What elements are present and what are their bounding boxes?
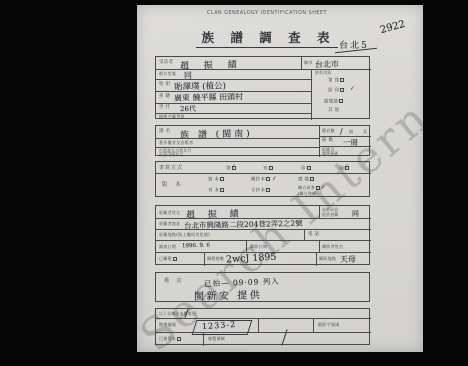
field-value-handwritten: 廣東 饒平縣 田頭村: [174, 91, 243, 103]
checkbox-icon: [340, 78, 344, 82]
option-label: 已攝製: [159, 256, 172, 261]
checkbox-icon: [340, 88, 344, 92]
sidebox-title: 資料用紙: [315, 71, 331, 75]
divider: [156, 240, 371, 241]
option-label: 印: [301, 166, 306, 171]
option-label: 抄: [339, 166, 344, 171]
checkbox-icon: [266, 177, 270, 181]
field-label: 收藏地點(與上欄同者免填): [159, 233, 210, 237]
divider: [258, 318, 259, 332]
handwritten-serial-number: 2922: [379, 19, 406, 36]
checkbox-icon: [310, 177, 314, 181]
field-label: 書寫方式: [159, 166, 183, 172]
field-label: 微捲號碼: [322, 152, 338, 156]
field-value-handwritten: 一冊: [343, 136, 358, 147]
field-label: 收藏者地址: [159, 222, 181, 226]
checkbox-option: 印: [301, 166, 311, 172]
field-label: 頁: [363, 130, 367, 134]
check-mark: ✓: [231, 163, 237, 171]
field-label: 攝影日期: [250, 245, 267, 249]
field-value-handwritten: 2wcJ 1895: [226, 252, 277, 266]
checkbox-option: 刊: [263, 166, 273, 172]
check-mark: ✓: [321, 183, 327, 191]
checkbox-option: 已複製本: [159, 337, 181, 341]
option-label: 其 他: [328, 108, 339, 113]
checkbox-option: 微 捲: [298, 177, 314, 183]
field-label: 提供拍攝: [322, 213, 338, 217]
divider: [319, 206, 320, 218]
checkbox-option: 其 他: [328, 109, 339, 114]
form-title: 族 譜 調 查 表: [192, 27, 342, 46]
field-label: 冊: [349, 130, 353, 134]
option-label: 微 捲: [298, 178, 309, 183]
option-label: 刊: [263, 166, 268, 171]
field-label: 冊 數: [322, 139, 333, 144]
field-label: 攝製捲數: [207, 257, 224, 261]
divider: [156, 332, 371, 333]
divider: [301, 57, 302, 69]
checkbox-option: 已攝製: [159, 257, 177, 261]
field-value-handwritten: /: [340, 126, 343, 135]
table-block-holder: 收藏者姓名 趙 振 績 是否同意 提供拍攝 同 收藏者地址 台北市興隆路二段20…: [155, 205, 370, 265]
field-label: 受訪者: [159, 61, 173, 66]
field-label: 再版印刷年月: [159, 153, 184, 157]
table-block-identity: 受訪者 趙 振 績 縣市 台北市 郡名堂號 同 始 祖 貽澤璞 (植公) 祖 籍…: [155, 56, 370, 119]
option-label: 已複製本: [159, 336, 176, 341]
divider: [304, 229, 305, 240]
checkbox-option: 攝自原書: [298, 186, 320, 190]
field-label: 縣市: [304, 61, 313, 65]
field-value-handwritten: 天母: [340, 253, 356, 264]
field-label: 以下各欄由本館填寫: [159, 312, 196, 316]
paper-page: Search International CLAN GENEALOGY IDEN…: [137, 5, 423, 352]
field-label: 始 祖: [159, 83, 170, 88]
checkbox-icon: [266, 188, 270, 192]
checkbox-icon: [173, 257, 177, 261]
checkbox-icon: [307, 166, 311, 170]
option-label: 攝自原書: [298, 185, 315, 190]
divider: [204, 252, 205, 266]
field-label: (攝自微捲): [298, 192, 318, 196]
field-label: 郡名堂號: [159, 72, 176, 76]
checkbox-icon: [220, 177, 224, 181]
field-label: 攝影地點: [319, 257, 336, 261]
divider: [313, 318, 314, 332]
checkbox-option: 縮微捲: [324, 99, 343, 105]
option-label: 寫 本: [208, 178, 219, 183]
field-label: 標準字輩世派: [159, 115, 185, 119]
field-value-handwritten: 26代: [180, 103, 196, 113]
field-value-handwritten: 台北市: [315, 58, 339, 70]
field-label: 電 話: [308, 233, 319, 238]
checkbox-option: 筆 寫: [328, 78, 344, 84]
field-value-handwritten: 同: [184, 69, 192, 80]
checkbox-option: 抄: [339, 166, 349, 172]
divider: [246, 240, 247, 252]
field-label: 調查日期: [159, 245, 176, 249]
checkbox-icon: [345, 166, 349, 170]
option-label: 手抄本: [251, 189, 265, 194]
option-label: 影 印: [328, 89, 339, 94]
field-value-handwritten: 族 譜 (閩南): [180, 126, 253, 141]
divider: [319, 126, 320, 157]
field-label: 版 本: [162, 182, 184, 188]
field-label: 收藏者姓名: [159, 211, 181, 215]
divider: [311, 69, 312, 120]
field-value-handwritten: 1996. 9. 6: [182, 243, 210, 250]
checkbox-icon: [316, 186, 320, 190]
field-label: 複製號碼: [208, 337, 225, 341]
option-label: 精抄本: [251, 178, 265, 183]
option-label: 縮微捲: [324, 100, 338, 105]
field-label: 縮影字號碼: [318, 323, 340, 327]
remark-line-handwritten: 閩新安 提供: [194, 286, 262, 302]
table-block-remarks: 備 註 已拍— 09·09 列入 閩新安 提供: [155, 272, 370, 302]
field-label: 攝影者姓名: [322, 245, 344, 249]
field-value-handwritten: 同: [352, 208, 359, 218]
checkbox-icon: [177, 337, 181, 341]
form-title-text: 族 譜 調 查 表: [196, 30, 339, 48]
table-block-library: 以下各欄由本館填寫 微捲編號 1233-2 縮影字號碼 已複製本 複製號碼: [155, 308, 370, 345]
field-label: 著作權者及出版者: [159, 141, 193, 145]
checkbox-option: 影 印: [328, 88, 344, 94]
checkbox-option: 寫 本: [208, 177, 224, 183]
english-header: CLAN GENEALOGY IDENTIFICATION SHEET: [177, 11, 357, 16]
field-label: 譜 名: [159, 130, 170, 135]
checkbox-icon: [339, 99, 343, 103]
field-label: 微捲編號: [159, 323, 176, 327]
scanned-sheet: Search International CLAN GENEALOGY IDEN…: [0, 0, 468, 366]
field-label: 祖 籍: [159, 95, 170, 100]
checkbox-option: 手抄本: [251, 188, 270, 194]
table-block-volume: 譜 名 族 譜 (閩南) 著作權者及出版者 出版地及出版年月 再版印刷年月 總頁…: [155, 125, 370, 156]
field-label: 世 代: [159, 106, 170, 111]
option-label: 筆 寫: [328, 79, 339, 84]
table-block-edition: 書寫方式 筆 ✓ 刊 印 抄 版 本 寫 本 刊 本 精抄本 ✓ 手抄本 微 捲…: [155, 161, 370, 197]
check-mark: ✓: [350, 85, 356, 93]
checkbox-option: 精抄本: [251, 177, 270, 183]
option-label: 刊 本: [208, 189, 219, 194]
field-value-handwritten: 貽澤璞 (植公): [174, 79, 226, 92]
checkbox-icon: [269, 166, 273, 170]
checkbox-option: 刊 本: [208, 188, 224, 194]
field-label: 備 註: [164, 279, 185, 285]
divider: [156, 318, 371, 319]
divider: [316, 252, 317, 266]
checkbox-icon: [220, 188, 224, 192]
field-label: 總頁數: [322, 129, 335, 133]
divider: [156, 173, 371, 174]
divider: [319, 240, 320, 252]
check-mark: ✓: [272, 174, 278, 182]
